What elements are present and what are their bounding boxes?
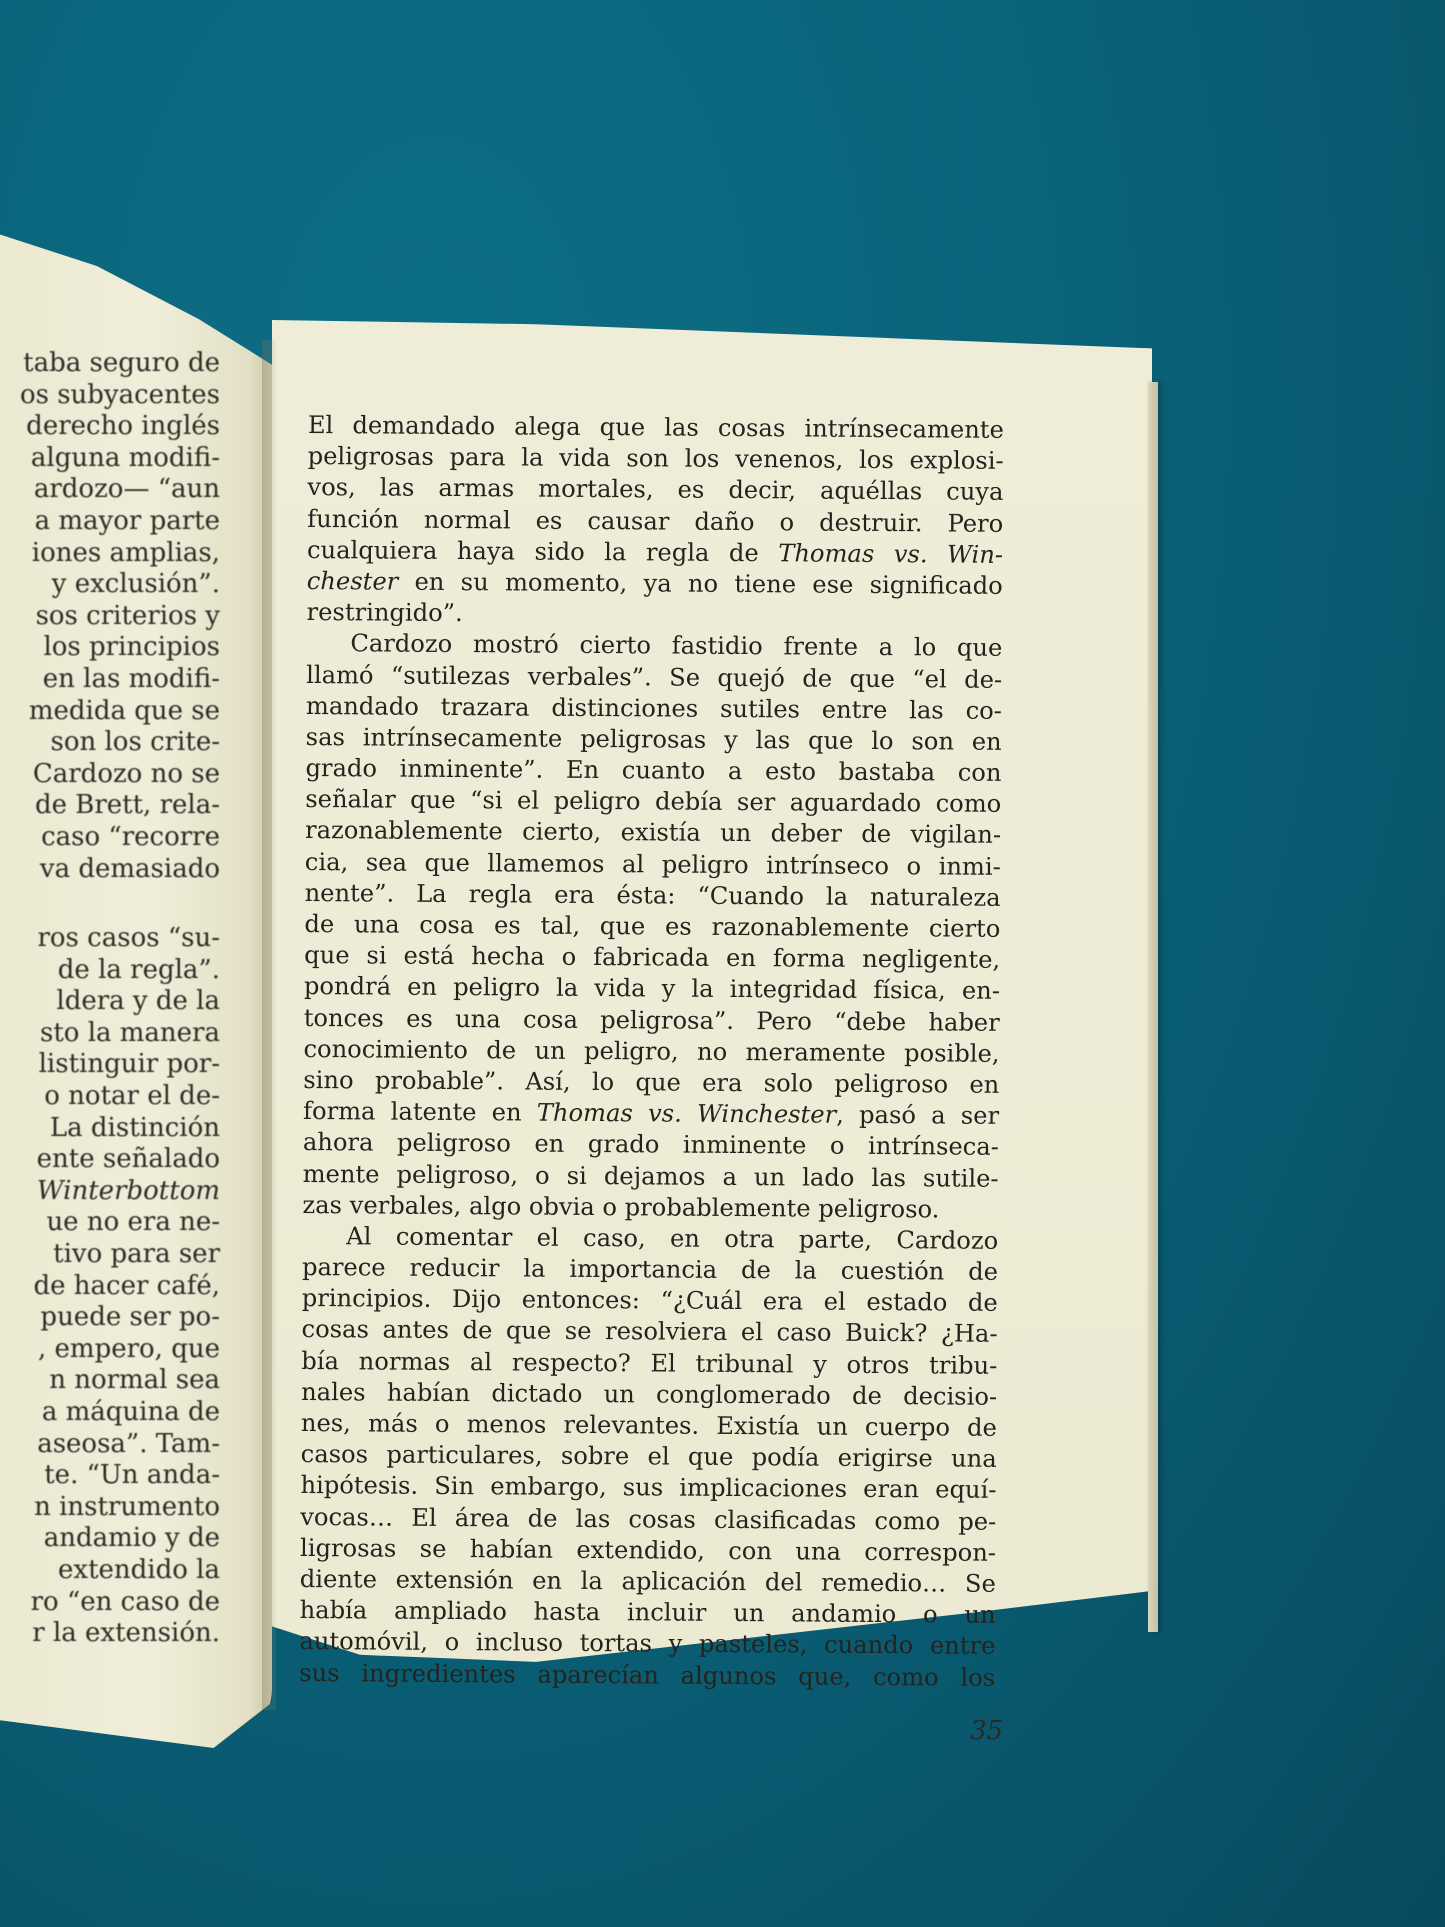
case-name-italic: Thomas vs. Winchester bbox=[537, 1099, 837, 1129]
left-line: de hacer café, bbox=[0, 1271, 220, 1303]
text-segment: cualquiera haya sido la regla de bbox=[307, 536, 778, 567]
left-line: ldera y de la bbox=[0, 986, 220, 1018]
text-line: señalar que “si el peligro debía ser agu… bbox=[305, 784, 1001, 820]
left-line: te. “Un anda- bbox=[0, 1460, 220, 1492]
text-line: sus ingredientes aparecían algunos que, … bbox=[299, 1657, 995, 1693]
text-line: diente extensión en la aplicación del re… bbox=[300, 1564, 996, 1600]
left-line: ente señalado bbox=[0, 1144, 220, 1176]
left-line: extendido la bbox=[0, 1555, 220, 1587]
text-line: bía normas al respecto? El tribunal y ot… bbox=[301, 1346, 997, 1382]
page-number: 35 bbox=[970, 1716, 1003, 1746]
text-line: principios. Dijo entonces: “¿Cuál era el… bbox=[302, 1283, 998, 1319]
left-line: , empero, que bbox=[0, 1334, 220, 1366]
text-line: razonablemente cierto, existía un deber … bbox=[305, 815, 1001, 851]
left-line: iones amplias, bbox=[0, 538, 220, 570]
text-line: llamó “sutilezas verbales”. Se quejó de … bbox=[306, 659, 1002, 695]
left-line-italic: Winterbottom bbox=[0, 1176, 220, 1208]
text-line: grado inminente”. En cuanto a esto basta… bbox=[305, 753, 1001, 789]
left-line: alguna modifi- bbox=[0, 443, 220, 475]
text-line: hipótesis. Sin embargo, sus implicacione… bbox=[300, 1470, 996, 1506]
text-line: función normal es causar daño o destruir… bbox=[307, 504, 1003, 540]
left-line: ardozo— “aun bbox=[0, 474, 220, 506]
left-line: a máquina de bbox=[0, 1397, 220, 1429]
left-line: a mayor parte bbox=[0, 506, 220, 538]
left-line: caso “recorre bbox=[0, 822, 220, 854]
text-line: había ampliado hasta incluir un andamio … bbox=[300, 1595, 996, 1631]
text-line: nente”. La regla era ésta: “Cuando la na… bbox=[305, 878, 1001, 914]
text-line: mente peligroso, o si dejamos a un lado … bbox=[303, 1158, 999, 1194]
left-line: va demasiado bbox=[0, 854, 220, 886]
text-line: nales habían dictado un conglomerado de … bbox=[301, 1377, 997, 1413]
text-line: que si está hecha o fabricada en forma n… bbox=[304, 940, 1000, 976]
text-line-mixed: cualquiera haya sido la regla de Thomas … bbox=[307, 535, 1003, 571]
left-line: taba seguro de bbox=[0, 348, 220, 380]
left-line: ros casos “su- bbox=[0, 923, 220, 955]
case-name-italic: chester bbox=[307, 567, 399, 596]
text-line: zas verbales, algo obvia o probablemente… bbox=[302, 1190, 998, 1226]
text-line: de una cosa es tal, que es razonablement… bbox=[304, 909, 1000, 945]
left-line: derecho inglés bbox=[0, 411, 220, 443]
text-line: cosas antes de que se resolviera el caso… bbox=[301, 1314, 997, 1350]
book-gutter bbox=[262, 340, 276, 1710]
left-line: aseosa”. Tam- bbox=[0, 1429, 220, 1461]
left-book-page: taba seguro de os subyacentes derecho in… bbox=[0, 228, 272, 1748]
text-line: mandado trazara distinciones sutiles ent… bbox=[306, 691, 1002, 727]
text-line: pondrá en peligro la vida y la integrida… bbox=[304, 971, 1000, 1007]
text-line: vocas… El área de las cosas clasificadas… bbox=[300, 1502, 996, 1538]
left-line: y exclusión”. bbox=[0, 569, 220, 601]
text-line: peligrosas para la vida son los venenos,… bbox=[308, 441, 1004, 477]
left-line: os subyacentes bbox=[0, 380, 220, 412]
text-line: sas intrínsecamente peligrosas y las que… bbox=[306, 722, 1002, 758]
left-line: andamio y de bbox=[0, 1523, 220, 1555]
page-stack-edge bbox=[1148, 382, 1158, 1632]
text-segment: en su momento, ya no tiene ese significa… bbox=[398, 568, 1003, 600]
text-line: casos particulares, sobre el que podía e… bbox=[301, 1439, 997, 1475]
text-line: parece reducir la importancia de la cues… bbox=[302, 1252, 998, 1288]
left-line: puede ser po- bbox=[0, 1302, 220, 1334]
text-line: tonces es una cosa peligrosa”. Pero “deb… bbox=[304, 1003, 1000, 1039]
left-line: sto la manera bbox=[0, 1018, 220, 1050]
text-line: conocimiento de un peligro, no meramente… bbox=[303, 1034, 999, 1070]
left-line: en las modifi- bbox=[0, 664, 220, 696]
left-line: tivo para ser bbox=[0, 1239, 220, 1271]
left-line: sos criterios y bbox=[0, 601, 220, 633]
left-page-text: taba seguro de os subyacentes derecho in… bbox=[0, 348, 220, 1650]
left-line: ue no era ne- bbox=[0, 1207, 220, 1239]
left-line: o notar el de- bbox=[0, 1081, 220, 1113]
text-segment: , pasó a ser bbox=[836, 1101, 999, 1130]
left-line: r la extensión. bbox=[0, 1618, 220, 1650]
left-line: ro “en caso de bbox=[0, 1587, 220, 1619]
text-line: automóvil, o incluso tortas y pasteles, … bbox=[299, 1626, 995, 1662]
text-line: Al comentar el caso, en otra parte, Card… bbox=[302, 1221, 998, 1257]
left-line: son los crite- bbox=[0, 727, 220, 759]
left-line: de Brett, rela- bbox=[0, 790, 220, 822]
text-line: ahora peligroso en grado inminente o int… bbox=[303, 1127, 999, 1163]
left-line: n normal sea bbox=[0, 1365, 220, 1397]
right-page-text: El demandado alega que las cosas intríns… bbox=[299, 410, 1004, 1694]
text-line: nes, más o menos relevantes. Existía un … bbox=[301, 1408, 997, 1444]
text-line: cia, sea que llamemos al peligro intríns… bbox=[305, 847, 1001, 883]
left-paragraph-gap bbox=[0, 885, 220, 923]
left-line: los principios bbox=[0, 632, 220, 664]
text-line-mixed: chester en su momento, ya no tiene ese s… bbox=[307, 566, 1003, 602]
text-line-mixed: forma latente en Thomas vs. Winchester, … bbox=[303, 1096, 999, 1132]
left-line: La distinción bbox=[0, 1113, 220, 1145]
text-line: El demandado alega que las cosas intríns… bbox=[308, 410, 1004, 446]
text-line: restringido”. bbox=[306, 597, 1002, 633]
case-name-italic: Thomas vs. Win- bbox=[778, 539, 1003, 569]
text-line: vos, las armas mortales, es decir, aquél… bbox=[307, 472, 1003, 508]
left-line: n instrumento bbox=[0, 1492, 220, 1524]
left-line: de la regla”. bbox=[0, 955, 220, 987]
text-line: ligrosas se habían extendido, con una co… bbox=[300, 1533, 996, 1569]
text-line: sino probable”. Así, lo que era solo pel… bbox=[303, 1065, 999, 1101]
text-segment: forma latente en bbox=[303, 1097, 537, 1127]
text-line: Cardozo mostró cierto fastidio frente a … bbox=[306, 628, 1002, 664]
left-line: medida que se bbox=[0, 696, 220, 728]
left-line: listinguir por- bbox=[0, 1049, 220, 1081]
left-line: Cardozo no se bbox=[0, 759, 220, 791]
